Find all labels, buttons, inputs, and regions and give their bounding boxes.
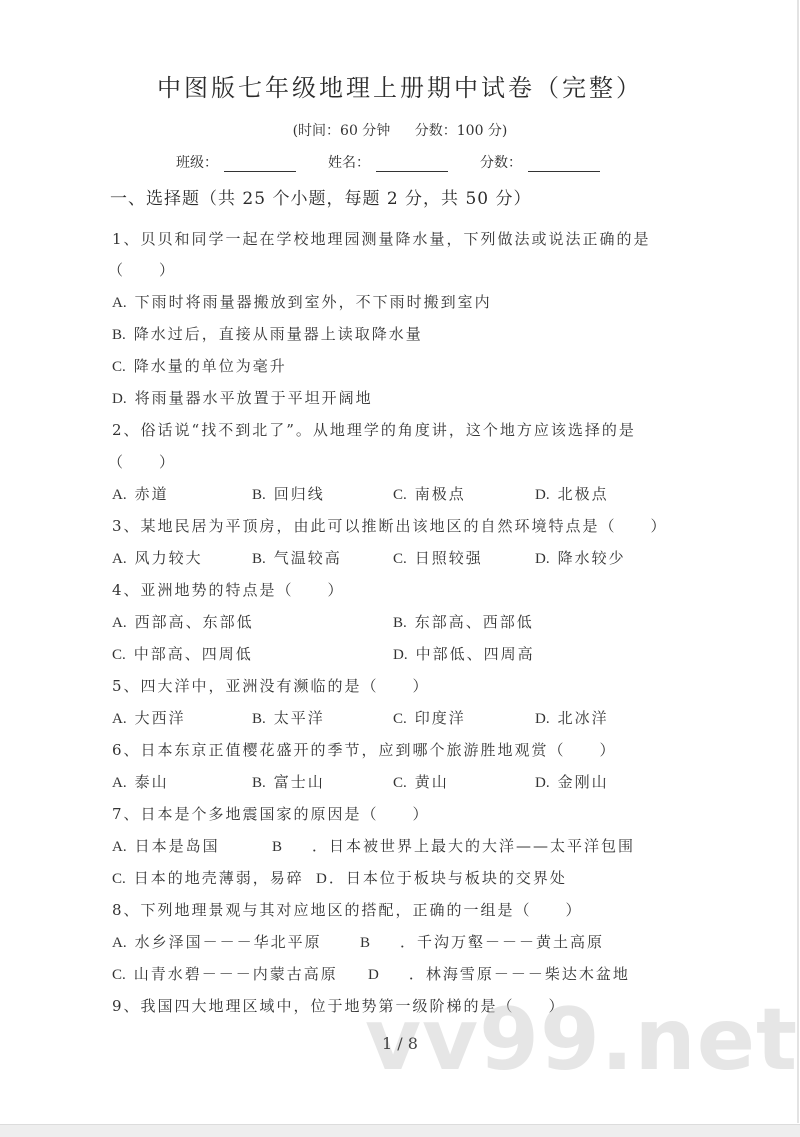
exam-info: (时间：60 分钟 分数：100 分) [0, 120, 800, 140]
question-7-option-c: C.日本的地壳薄弱，易碎 [112, 867, 304, 888]
question-4-option-c: C.中部高、四周低 [112, 643, 253, 664]
question-4-stem: 4、亚洲地势的特点是（ ） [112, 579, 345, 600]
document-page: 中图版七年级地理上册期中试卷（完整） (时间：60 分钟 分数：100 分) 班… [0, 0, 799, 1123]
question-5-option-a: A.大西洋 [112, 707, 186, 728]
question-7-option-a: A.日本是岛国 [112, 835, 220, 856]
question-4-option-d: D.中部低、四周高 [393, 643, 535, 664]
question-6-option-a: A.泰山 [112, 771, 169, 792]
question-9-stem: 9、我国四大地理区域中，位于地势第一级阶梯的是（ ） [112, 995, 566, 1016]
question-2-answer-bracket: （ ） [108, 451, 176, 472]
student-info-fields: 班级： 姓名： 分数： [176, 152, 632, 172]
question-6-option-d: D.金刚山 [535, 771, 609, 792]
question-3-stem: 3、某地民居为平顶房，由此可以推断出该地区的自然环境特点是（ ） [112, 515, 668, 536]
question-3-option-d: D.降水较少 [535, 547, 626, 568]
question-4-option-b: B.东部高、西部低 [393, 611, 534, 632]
question-1-option-d: D.将雨量器水平放置于平坦开阔地 [112, 387, 373, 408]
question-8-option-b: B．千沟万壑－－－黄土高原 [360, 931, 604, 952]
question-3-option-b: B.气温较高 [252, 547, 342, 568]
exam-time: (时间：60 分钟 [293, 123, 391, 139]
question-6-option-b: B.富士山 [252, 771, 325, 792]
page-indicator: 1 / 8 [0, 1034, 800, 1053]
question-8-option-a: A.水乡泽国－－－华北平原 [112, 931, 322, 952]
page-title: 中图版七年级地理上册期中试卷（完整） [0, 68, 800, 103]
question-8-option-d: D．林海雪原－－－柴达木盆地 [368, 963, 630, 984]
section-title: 一、选择题（共 25 个小题，每题 2 分，共 50 分） [110, 184, 532, 209]
question-3-option-c: C.日照较强 [393, 547, 483, 568]
name-label: 姓名： [328, 152, 370, 172]
score-blank [528, 155, 600, 172]
question-5-option-d: D.北冰洋 [535, 707, 609, 728]
question-1-answer-bracket: （ ） [108, 259, 176, 280]
class-blank [224, 155, 296, 172]
question-6-stem: 6、日本东京正值樱花盛开的季节，应到哪个旅游胜地观赏（ ） [112, 739, 617, 760]
class-field: 班级： [176, 152, 296, 172]
question-5-option-c: C.印度洋 [393, 707, 466, 728]
question-2-option-b: B.回归线 [252, 483, 325, 504]
question-2-option-c: C.南极点 [393, 483, 466, 504]
name-field: 姓名： [328, 152, 448, 172]
question-8-option-c: C.山青水碧－－－内蒙古高原 [112, 963, 338, 984]
question-5-stem: 5、四大洋中，亚洲没有濒临的是（ ） [112, 675, 430, 696]
exam-total-score: 分数：100 分) [415, 123, 508, 139]
class-label: 班级： [176, 152, 218, 172]
viewer-bottom-edge [0, 1124, 800, 1137]
question-7-option-b: B．日本被世界上最大的大洋——太平洋包围 [272, 835, 635, 856]
question-2-option-a: A.赤道 [112, 483, 169, 504]
question-8-stem: 8、下列地理景观与其对应地区的搭配，正确的一组是（ ） [112, 899, 583, 920]
question-5-option-b: B.太平洋 [252, 707, 325, 728]
question-1-option-a: A.下雨时将雨量器搬放到室外，不下雨时搬到室内 [112, 291, 492, 312]
question-3-option-a: A.风力较大 [112, 547, 203, 568]
question-6-option-c: C.黄山 [393, 771, 449, 792]
score-field: 分数： [480, 152, 600, 172]
question-7-stem: 7、日本是个多地震国家的原因是（ ） [112, 803, 430, 824]
score-label: 分数： [480, 152, 522, 172]
question-2-option-d: D.北极点 [535, 483, 609, 504]
question-1-option-c: C.降水量的单位为毫升 [112, 355, 287, 376]
question-2-stem: 2、俗话说“找不到北了”。从地理学的角度讲，这个地方应该选择的是 [112, 419, 636, 440]
question-4-option-a: A.西部高、东部低 [112, 611, 254, 632]
name-blank [376, 155, 448, 172]
question-7-option-d: D．日本位于板块与板块的交界处 [316, 867, 567, 888]
question-1-stem: 1、贝贝和同学一起在学校地理园测量降水量，下列做法或说法正确的是 [112, 228, 651, 249]
question-1-option-b: B.降水过后，直接从雨量器上读取降水量 [112, 323, 423, 344]
